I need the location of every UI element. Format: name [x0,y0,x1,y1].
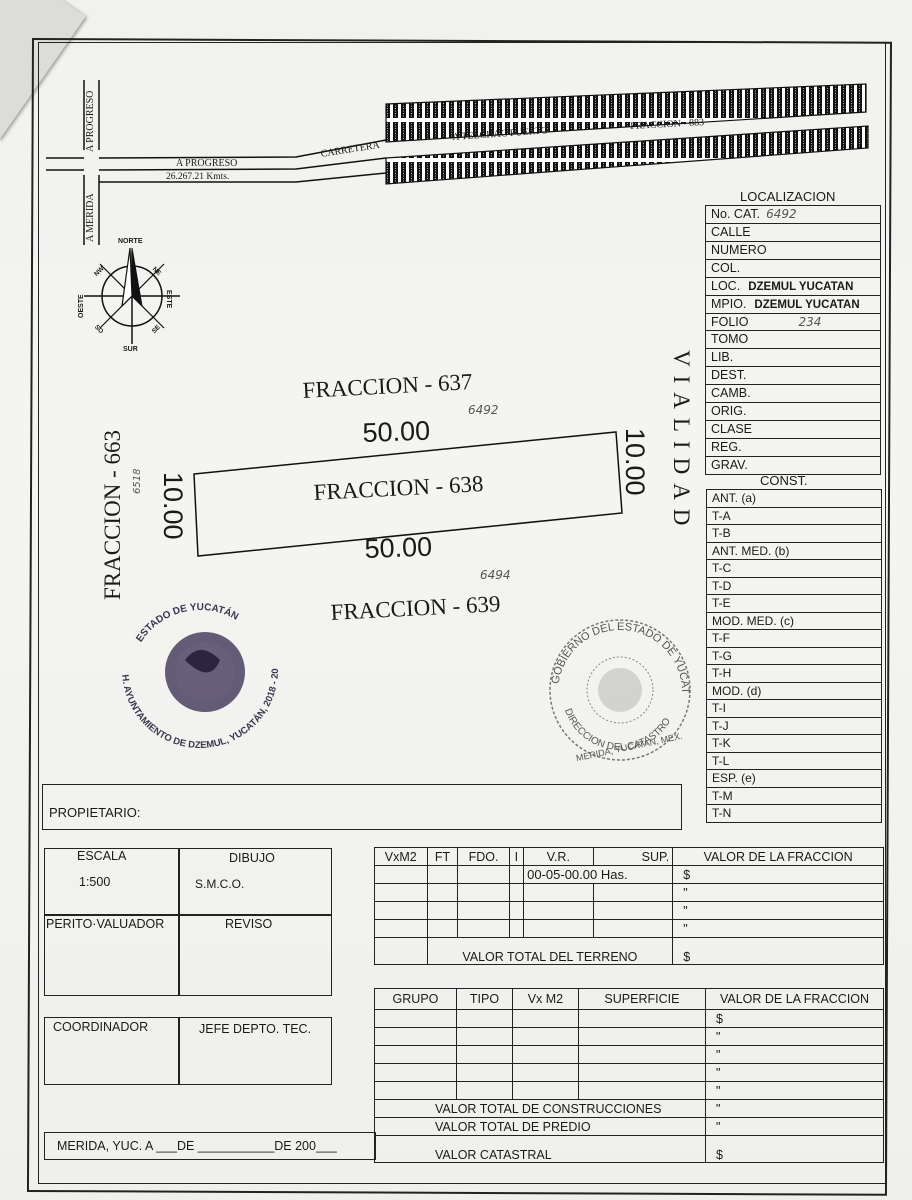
construcciones-cell[interactable] [513,1064,579,1082]
construcciones-header: VALOR DE LA FRACCION [706,989,884,1010]
construccion-row-label[interactable]: ANT. MED. (b) [707,542,882,560]
dimension-right: 10.00 [619,428,650,496]
localizacion-row: COL. [706,259,881,277]
localizacion-cell[interactable]: DEST. [706,367,881,385]
terreno-superficie[interactable]: 00-05-00.00 Has. [524,866,673,884]
localizacion-row: CAMB. [706,385,881,403]
localizacion-label: REG. [711,440,742,454]
escala-box: ESCALA 1:500 [44,848,180,916]
localizacion-cell[interactable]: LIB. [706,349,881,367]
localizacion-cell[interactable]: NUMERO [706,241,881,259]
propietario-field[interactable]: PROPIETARIO: [42,784,682,830]
document-page: A PROGRESO A MERIDA A PROGRESO 26.267.21… [0,0,912,1200]
construccion-row: T-E [707,595,882,613]
terreno-cell[interactable] [509,884,524,902]
localizacion-label: ORIG. [711,404,746,418]
localizacion-value [746,370,754,382]
valor-total-predio-row: VALOR TOTAL DE PREDIO" [375,1118,884,1136]
localizacion-value [751,388,759,400]
construcciones-header: SUPERFICIE [578,989,705,1010]
construcciones-cell[interactable] [375,1046,457,1064]
construcciones-cell[interactable] [456,1010,512,1028]
construccion-row: T-J [707,717,882,735]
construccion-row: T-G [707,647,882,665]
localizacion-row: No. CAT.6492 [706,206,881,224]
valor-total-predio-value[interactable]: " [706,1118,884,1136]
terreno-cell[interactable] [593,920,673,938]
terreno-cell[interactable] [524,902,593,920]
construccion-row: T-D [707,577,882,595]
terreno-cell[interactable] [593,902,673,920]
terreno-cell[interactable] [593,884,673,902]
terreno-total-value[interactable]: $ [673,938,884,965]
construcciones-cell[interactable] [375,1082,457,1100]
terreno-cell [375,938,428,965]
localizacion-cell[interactable]: No. CAT.6492 [706,206,881,224]
terreno-cell[interactable] [509,920,524,938]
terreno-header: VxM2 [375,848,428,866]
terreno-header: FT [427,848,458,866]
fecha-text: MERIDA, YUC. A ___DE ___________DE 200__… [57,1139,337,1153]
localizacion-value [767,245,775,257]
construccion-row: T-L [707,752,882,770]
terreno-header: V.R. [524,848,593,866]
construcciones-cell[interactable] [456,1028,512,1046]
escala-label: ESCALA [77,849,126,863]
localizacion-row: ORIG. [706,403,881,421]
localizacion-value [748,334,756,346]
valor-total-construcciones-row: VALOR TOTAL DE CONSTRUCCIONES" [375,1100,884,1118]
dibujo-label: DIBUJO [229,851,275,865]
localizacion-value: 6492 [766,207,797,221]
construccion-row: ESP. (e) [707,770,882,788]
construcciones-valor[interactable]: " [706,1046,884,1064]
construccion-row: T-M [707,787,882,805]
construccion-title: CONST. [760,473,808,488]
construccion-row-label[interactable]: T-F [707,630,882,648]
terreno-cell[interactable] [458,902,509,920]
construccion-row-label[interactable]: T-E [707,595,882,613]
parcel-east-vialidad: VIALIDAD [668,350,694,534]
construcciones-cell[interactable] [513,1082,579,1100]
parcel-west: FRACCION - 663 [100,430,126,600]
localizacion-value [752,424,760,436]
localizacion-cell[interactable]: COL. [706,259,881,277]
localizacion-row: TOMO [706,331,881,349]
construcciones-row: " [375,1046,884,1064]
valor-total-construcciones-value[interactable]: " [706,1100,884,1118]
localizacion-value: 234 [799,315,822,329]
localizacion-label: FOLIO [711,315,749,329]
localizacion-label: GRAV. [711,458,748,472]
construccion-row: MOD. MED. (c) [707,612,882,630]
construcciones-valor[interactable]: " [706,1028,884,1046]
terreno-cell[interactable] [509,902,524,920]
terreno-row: " [375,884,884,902]
construccion-row: ANT. MED. (b) [707,542,882,560]
construccion-row-label[interactable]: MOD. (d) [707,682,882,700]
jefe-depto-box[interactable]: JEFE DEPTO. TEC. [178,1017,332,1085]
terreno-cell[interactable] [375,884,428,902]
localizacion-value: DZEMUL YUCATAN [740,281,853,293]
dimension-bottom: 50.00 [364,532,433,565]
terreno-header: FDO. [458,848,509,866]
construcciones-cell[interactable] [456,1082,512,1100]
localizacion-label: NUMERO [711,243,767,257]
terreno-total-row: VALOR TOTAL DEL TERRENO$ [375,938,884,965]
localizacion-label: LOC. [711,279,740,293]
construcciones-cell[interactable] [578,1010,705,1028]
localizacion-row: LOC.DZEMUL YUCATAN [706,277,881,295]
construccion-row-label[interactable]: T-G [707,647,882,665]
localizacion-label: COL. [711,261,740,275]
terreno-cell[interactable] [375,866,428,884]
coordinador-box[interactable]: COORDINADOR [44,1017,180,1085]
terreno-cell[interactable] [509,866,524,884]
dimension-top: 50.00 [362,416,431,449]
construcciones-cell[interactable] [578,1082,705,1100]
perito-valuador-label: PERITO·VALUADOR [46,917,164,931]
construcciones-cell[interactable] [513,1046,579,1064]
perito-valuador-box[interactable]: PERITO·VALUADOR [44,914,180,996]
construccion-row-label[interactable]: T-D [707,577,882,595]
terreno-valor[interactable]: $ [673,866,884,884]
construcciones-row: " [375,1028,884,1046]
jefe-depto-label: JEFE DEPTO. TEC. [199,1022,311,1036]
localizacion-label: No. CAT. [711,207,760,221]
localizacion-row: DEST. [706,367,881,385]
localizacion-cell[interactable]: LOC.DZEMUL YUCATAN [706,277,881,295]
construcciones-header: GRUPO [375,989,457,1010]
construccion-row-label[interactable]: T-H [707,665,882,683]
terreno-cell[interactable] [427,866,458,884]
valor-total-predio-label: VALOR TOTAL DE PREDIO [375,1118,706,1136]
reviso-label: REVISO [225,917,272,931]
localizacion-value [751,227,759,239]
localizacion-row: FOLIO234 [706,313,881,331]
construcciones-table: GRUPOTIPOVx M2SUPERFICIEVALOR DE LA FRAC… [374,988,884,1163]
construccion-table: ANT. (a)T-AT-BANT. MED. (b)T-CT-DT-EMOD.… [706,489,882,823]
construccion-row: T-H [707,665,882,683]
construcciones-header: TIPO [456,989,512,1010]
construccion-row: T-A [707,507,882,525]
terreno-cell[interactable] [427,884,458,902]
valor-catastral-row: VALOR CATASTRAL$ [375,1136,884,1163]
construcciones-cell[interactable] [513,1028,579,1046]
construcciones-row: " [375,1082,884,1100]
construcciones-cell[interactable] [456,1064,512,1082]
terreno-valor[interactable]: " [673,920,884,938]
construcciones-header-row: GRUPOTIPOVx M2SUPERFICIEVALOR DE LA FRAC… [375,989,884,1010]
localizacion-table: No. CAT.6492CALLENUMEROCOL.LOC.DZEMUL YU… [705,205,881,475]
construccion-row: ANT. (a) [707,490,882,508]
terreno-total-label: VALOR TOTAL DEL TERRENO [427,938,673,965]
localizacion-row: CLASE [706,421,881,439]
construccion-row: T-I [707,700,882,718]
construcciones-header: Vx M2 [513,989,579,1010]
construccion-row-label[interactable]: MOD. MED. (c) [707,612,882,630]
terreno-valor[interactable]: " [673,902,884,920]
construcciones-cell[interactable] [375,1010,457,1028]
construccion-row-label[interactable]: T-C [707,560,882,578]
valor-total-construcciones-label: VALOR TOTAL DE CONSTRUCCIONES [375,1100,706,1118]
localizacion-label: DEST. [711,368,746,382]
construccion-row-label[interactable]: T-I [707,700,882,718]
dibujo-value: S.M.C.O. [195,877,244,891]
dibujo-box: DIBUJO S.M.C.O. [178,848,332,916]
localizacion-title: LOCALIZACION [740,189,835,204]
localizacion-row: LIB. [706,349,881,367]
localizacion-cell[interactable]: MPIO.DZEMUL YUCATAN [706,295,881,313]
fecha-box: MERIDA, YUC. A ___DE ___________DE 200__… [44,1132,376,1160]
localizacion-cell[interactable]: TOMO [706,331,881,349]
localizacion-label: MPIO. [711,297,746,311]
localizacion-row: REG. [706,439,881,457]
construccion-row-label[interactable]: T-L [707,752,882,770]
localizacion-value: DZEMUL YUCATAN [746,299,859,311]
terreno-header: I [509,848,524,866]
terreno-row: " [375,920,884,938]
localizacion-label: CAMB. [711,386,751,400]
dimension-left: 10.00 [157,472,188,540]
construcciones-cell[interactable] [456,1046,512,1064]
construccion-row-label[interactable]: T-A [707,507,882,525]
construccion-row-label[interactable]: T-B [707,525,882,543]
terreno-cell[interactable] [524,920,593,938]
terreno-cell[interactable] [458,920,509,938]
terreno-cell[interactable] [427,902,458,920]
construcciones-cell[interactable] [578,1046,705,1064]
terreno-table: VxM2FTFDO.IV.R.SUP.VALOR DE LA FRACCION0… [374,847,884,965]
localizacion-cell[interactable]: CAMB. [706,385,881,403]
construcciones-valor[interactable]: " [706,1082,884,1100]
construccion-row-label[interactable]: T-N [707,805,882,823]
construcciones-row: $ [375,1010,884,1028]
localizacion-cell[interactable]: REG. [706,439,881,457]
localizacion-label: CALLE [711,225,751,239]
construcciones-cell[interactable] [578,1064,705,1082]
construcciones-valor[interactable]: " [706,1064,884,1082]
construcciones-cell[interactable] [578,1028,705,1046]
localizacion-value [748,460,756,472]
construccion-row-label[interactable]: ANT. (a) [707,490,882,508]
construcciones-cell[interactable] [375,1064,457,1082]
municipal-seal-stamp: ESTADO DE YUCATÁN H. AYUNTAMIENTO DE DZE… [110,590,290,760]
localizacion-label: LIB. [711,350,733,364]
localizacion-row: CALLE [706,223,881,241]
parcel-south-note: 6494 [480,568,511,582]
localizacion-cell[interactable]: CALLE [706,223,881,241]
construcciones-cell[interactable] [513,1010,579,1028]
terreno-header: SUP. [593,848,673,866]
construccion-row: T-B [707,525,882,543]
valor-catastral-label: VALOR CATASTRAL [375,1136,706,1163]
escala-value: 1:500 [79,875,110,889]
terreno-cell[interactable] [458,866,509,884]
localizacion-value [742,442,750,454]
construccion-row: MOD. (d) [707,682,882,700]
localizacion-value [740,263,748,275]
valor-catastral-value[interactable]: $ [706,1136,884,1163]
terreno-cell[interactable] [458,884,509,902]
reviso-box[interactable]: REVISO [178,914,332,996]
terreno-header-row: VxM2FTFDO.IV.R.SUP.VALOR DE LA FRACCION [375,848,884,866]
construccion-row: T-F [707,630,882,648]
terreno-cell[interactable] [427,920,458,938]
construcciones-row: " [375,1064,884,1082]
terreno-row: 00-05-00.00 Has.$ [375,866,884,884]
terreno-header: VALOR DE LA FRACCION [673,848,884,866]
localizacion-row: GRAV. [706,457,881,475]
construccion-row-label[interactable]: T-J [707,717,882,735]
construccion-row-label[interactable]: T-K [707,735,882,753]
construccion-row: T-C [707,560,882,578]
localizacion-row: MPIO.DZEMUL YUCATAN [706,295,881,313]
parcel-north-note: 6492 [468,403,499,417]
construccion-row-label[interactable]: T-M [707,787,882,805]
construccion-row: T-K [707,735,882,753]
terreno-row: " [375,902,884,920]
propietario-label: PROPIETARIO: [49,805,141,820]
construccion-row: T-N [707,805,882,823]
terreno-valor[interactable]: " [673,884,884,902]
coordinador-label: COORDINADOR [53,1020,148,1034]
localizacion-row: NUMERO [706,241,881,259]
parcel-west-note: 6518 [132,469,143,494]
terreno-cell[interactable] [375,902,428,920]
localizacion-value [746,406,754,418]
terreno-cell[interactable] [375,920,428,938]
localizacion-label: CLASE [711,422,752,436]
terreno-cell[interactable] [524,884,593,902]
localizacion-value [733,352,741,364]
construcciones-valor[interactable]: $ [706,1010,884,1028]
localizacion-cell[interactable]: CLASE [706,421,881,439]
localizacion-cell[interactable]: ORIG. [706,403,881,421]
localizacion-label: TOMO [711,332,748,346]
localizacion-cell[interactable]: FOLIO234 [706,313,881,331]
construccion-row-label[interactable]: ESP. (e) [707,770,882,788]
construcciones-cell[interactable] [375,1028,457,1046]
localizacion-cell[interactable]: GRAV. [706,457,881,475]
